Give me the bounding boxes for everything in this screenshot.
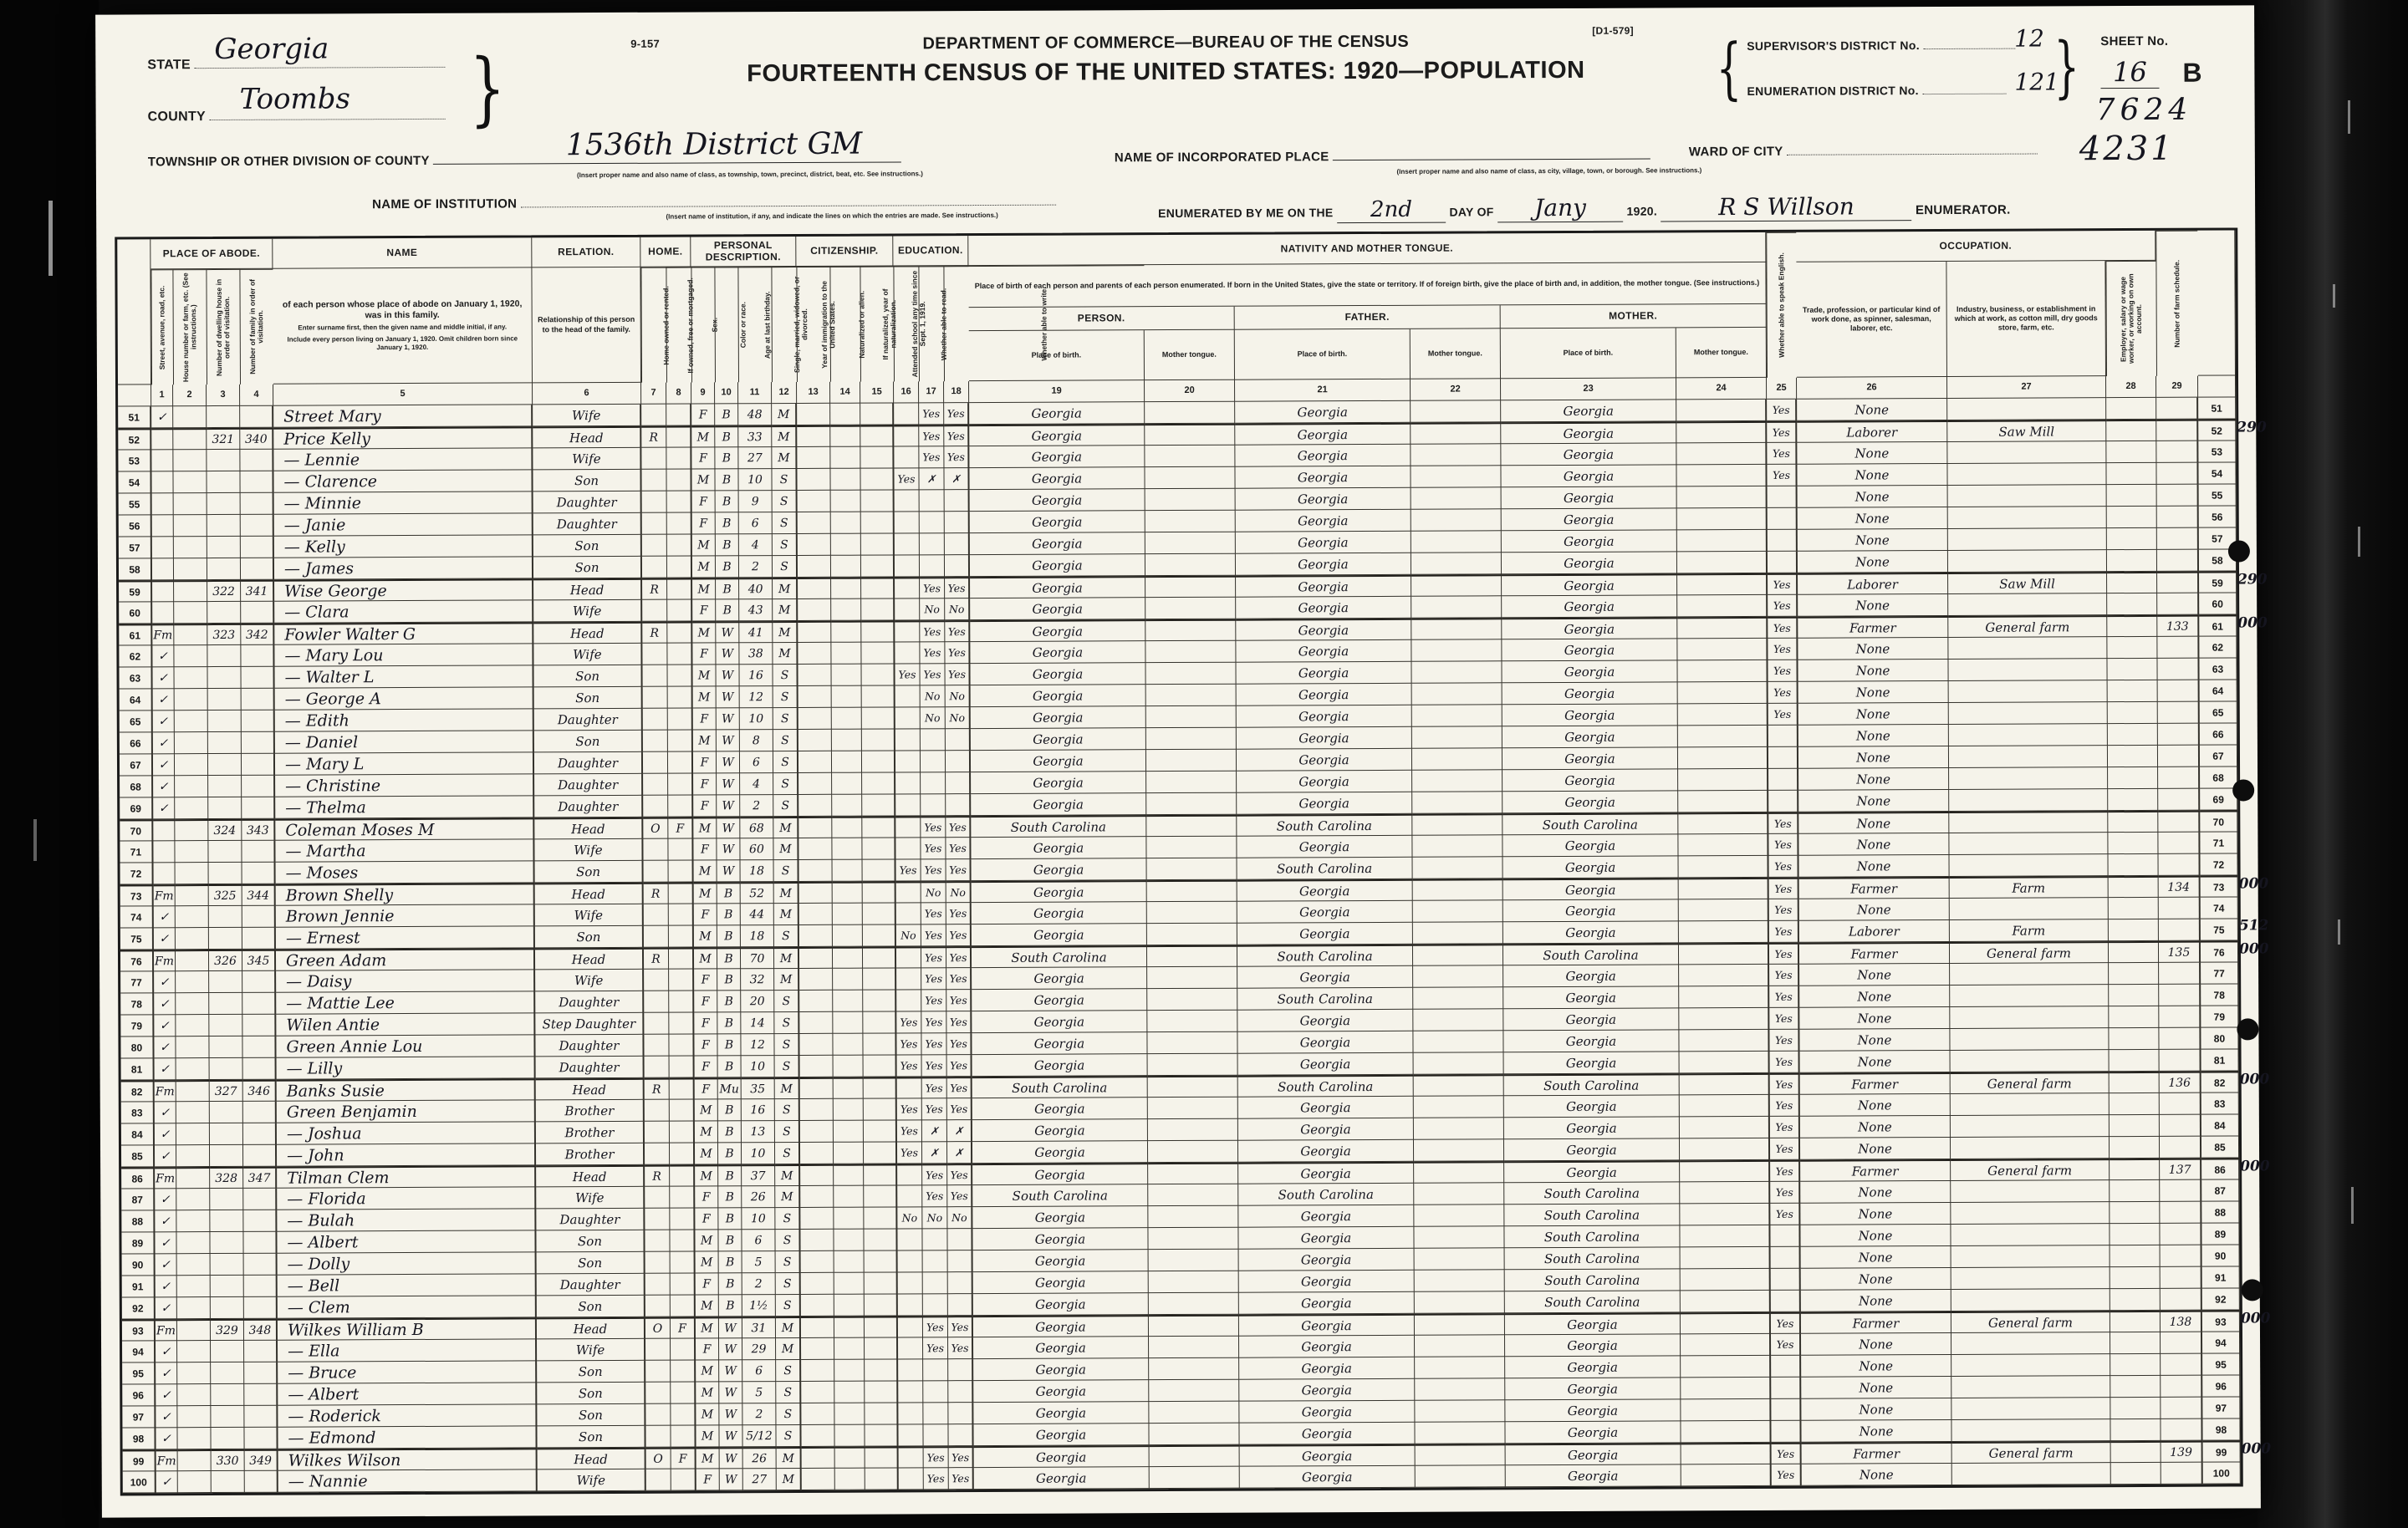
cell-name: — Clarence <box>273 470 533 492</box>
cell-mpob: Georgia <box>1502 530 1677 553</box>
cell-nat <box>833 860 863 882</box>
cell-nat <box>833 991 863 1012</box>
cell-age: 18 <box>741 860 774 882</box>
cell-emp <box>2110 1180 2160 1202</box>
cell-ftongue <box>1414 1052 1504 1074</box>
township-field: TOWNSHIP OR OTHER DIVISION OF COUNTY 153… <box>148 151 901 170</box>
cell-fam <box>241 558 274 580</box>
cell-write: No <box>946 685 971 707</box>
row-number: 79 <box>120 1015 154 1036</box>
cell-fpob: Georgia <box>1239 1401 1415 1424</box>
cell-write: Yes <box>947 1185 972 1207</box>
dept-line: DEPARTMENT OF COMMERCE—BUREAU OF THE CEN… <box>747 32 1584 54</box>
cell-sex: F <box>692 643 716 665</box>
cell-m: ✓ <box>156 1254 177 1276</box>
cell-mpob: Georgia <box>1503 899 1679 922</box>
cell-sch: Yes <box>896 1011 921 1033</box>
cell-age: 48 <box>738 404 772 425</box>
cell-race: W <box>717 838 740 860</box>
cell-ind <box>1950 1028 2109 1051</box>
cell-tongue <box>1146 772 1237 793</box>
cell-mpob: Georgia <box>1503 921 1679 944</box>
cell-ind <box>1951 1202 2110 1225</box>
column-number-17: 17 <box>919 381 944 403</box>
cell-m: ✓ <box>154 971 176 993</box>
column-number-7: 7 <box>641 383 666 405</box>
cell-ftongue <box>1416 1465 1506 1487</box>
cell-farm <box>2160 1180 2201 1202</box>
column-label-4: Number of family in order of visitation. <box>239 269 273 385</box>
cell-age: 2 <box>740 795 773 817</box>
cell-tongue <box>1145 402 1235 424</box>
cell-pob: Georgia <box>972 967 1147 990</box>
cell-race: B <box>719 1295 742 1317</box>
cell-emp <box>2110 1093 2160 1115</box>
cell-eng: Yes <box>1767 443 1797 465</box>
cell-mort <box>669 1013 694 1035</box>
cell-m <box>151 450 173 471</box>
cell-mtongue <box>1680 1204 1770 1225</box>
cell-mtongue <box>1680 1095 1770 1117</box>
row-number: 53 <box>2198 441 2236 462</box>
census-table: PLACE OF ABODE.NAMERELATION.HOME.PERSONA… <box>115 227 2243 1495</box>
page-title: FOURTEENTH CENSUS OF THE UNITED STATES: … <box>664 56 1667 88</box>
cell-rel: Daughter <box>536 1209 645 1231</box>
cell-farm <box>2158 789 2200 811</box>
cell-ftongue <box>1411 487 1502 509</box>
margin-annotation: 000 <box>2241 1310 2271 1327</box>
cell-mar: S <box>774 1034 799 1056</box>
film-scratch <box>2338 919 2340 945</box>
cell-name: Wise George <box>274 578 533 601</box>
cell-age: 31 <box>742 1317 776 1338</box>
cell-fam <box>242 797 275 819</box>
cell-emp <box>2108 746 2158 767</box>
cell-mort <box>670 1209 695 1230</box>
cell-age: 60 <box>740 838 773 860</box>
cell-read: Yes <box>924 1446 949 1468</box>
cell-write: Yes <box>946 946 972 968</box>
cell-mtongue <box>1680 1052 1770 1073</box>
cell-ind <box>1951 1115 2110 1138</box>
cell-mtongue <box>1677 530 1768 552</box>
column-label-1: Street, avenue, road, etc. <box>150 269 173 385</box>
cell-mpob: Georgia <box>1502 508 1677 531</box>
row-number: 72 <box>120 863 154 884</box>
cell-pob: Georgia <box>969 446 1145 468</box>
cell-nat <box>830 425 860 447</box>
cell-sex: F <box>692 512 716 534</box>
cell-home <box>645 1143 670 1165</box>
cell-dw: 329 <box>211 1319 244 1341</box>
cell-natyr <box>864 1229 897 1250</box>
film-scratch <box>2333 284 2335 308</box>
row-number: 81 <box>2201 1049 2239 1071</box>
cell-nat <box>834 1143 864 1164</box>
cell-m <box>153 819 175 841</box>
cell-occ: None <box>1797 464 1947 486</box>
cell-age: 16 <box>742 1099 775 1121</box>
cell-mort <box>668 774 693 796</box>
cell-hn <box>177 1341 211 1362</box>
cell-age: 35 <box>742 1077 775 1099</box>
cell-sex: M <box>692 621 716 643</box>
cell-ind <box>1947 441 2106 464</box>
cell-eng: Yes <box>1769 899 1799 921</box>
cell-ind: General farm <box>1952 1441 2111 1464</box>
row-number: 85 <box>121 1145 155 1167</box>
cell-sch <box>898 1316 923 1337</box>
cell-tongue <box>1149 1380 1239 1402</box>
cell-age: 8 <box>740 730 773 751</box>
cell-ftongue <box>1412 726 1502 748</box>
cell-sex: M <box>693 686 717 708</box>
cell-sch: Yes <box>897 1055 922 1077</box>
cell-eng: Yes <box>1769 943 1799 965</box>
cell-fpob: Georgia <box>1239 1357 1415 1380</box>
punch-hole <box>2242 1279 2263 1301</box>
cell-fpob: Georgia <box>1238 1205 1414 1228</box>
row-number: 87 <box>2201 1179 2239 1201</box>
cell-home <box>641 405 666 426</box>
cell-dw <box>208 776 242 797</box>
cell-mar: S <box>773 686 798 708</box>
cell-mpob: South Carolina <box>1503 943 1679 965</box>
margin-annotation: 000 <box>2237 614 2268 631</box>
cell-hn <box>176 1058 210 1080</box>
cell-tongue <box>1145 489 1236 511</box>
group-education: EDUCATION. <box>893 236 968 266</box>
cell-eng <box>1771 1247 1801 1269</box>
cell-race: B <box>716 491 739 512</box>
cell-dw: 327 <box>210 1080 243 1102</box>
cell-fam <box>243 1058 277 1080</box>
cell-m <box>152 558 174 580</box>
row-number: 76000 <box>2201 940 2238 962</box>
column-label-26: Trade, profession, or particular kind of… <box>1796 262 1947 378</box>
cell-occ: None <box>1797 399 1947 421</box>
cell-m <box>152 537 174 558</box>
cell-dw <box>207 450 240 471</box>
cell-age: 37 <box>742 1164 775 1186</box>
cell-fpob: Georgia <box>1240 1444 1416 1467</box>
cell-rel: Wife <box>535 904 644 927</box>
cell-occ: None <box>1798 681 1949 704</box>
cell-nat <box>834 1208 864 1230</box>
cell-home: R <box>645 1078 670 1100</box>
row-number: 81 <box>121 1058 155 1080</box>
cell-pob: Georgia <box>974 1445 1150 1468</box>
cell-natyr <box>860 468 894 490</box>
cell-fpob: Georgia <box>1235 401 1411 424</box>
cell-fam <box>244 1297 278 1319</box>
cell-pob: Georgia <box>970 489 1145 512</box>
cell-tongue <box>1145 598 1236 619</box>
row-number: 99000 <box>2203 1440 2241 1462</box>
cell-fam: 346 <box>243 1080 277 1102</box>
cell-mort <box>671 1296 696 1317</box>
column-number-24: 24 <box>1676 378 1767 400</box>
cell-name: Street Mary <box>273 405 533 427</box>
enumerated-month: Jany <box>1497 194 1623 223</box>
cell-hn <box>175 797 208 819</box>
cell-rel: Son <box>534 687 643 710</box>
cell-natyr <box>865 1294 898 1316</box>
cell-sex: F <box>696 1338 719 1360</box>
cell-hn <box>174 624 207 645</box>
cell-nat <box>834 1382 865 1403</box>
cell-imm <box>797 404 830 425</box>
cell-home <box>642 513 667 535</box>
cell-age: 6 <box>742 1230 775 1251</box>
cell-hn <box>176 1232 210 1254</box>
cell-tongue <box>1150 1467 1240 1489</box>
row-number: 66 <box>2200 723 2237 745</box>
cell-ftongue <box>1412 705 1502 726</box>
cell-ind <box>1949 811 2108 833</box>
cell-imm <box>801 1251 834 1273</box>
cell-age: 20 <box>741 991 774 1012</box>
cell-dw <box>209 971 242 993</box>
cell-tongue <box>1149 1271 1239 1293</box>
cell-occ: None <box>1801 1246 1951 1269</box>
row-number: 91 <box>2202 1266 2240 1288</box>
cell-dw <box>208 711 242 732</box>
cell-pob: Georgia <box>971 728 1146 751</box>
table-cell <box>2198 375 2236 397</box>
cell-farm <box>2158 680 2200 702</box>
cell-read: Yes <box>921 838 946 859</box>
cell-natyr <box>865 1272 898 1294</box>
cell-write: Yes <box>946 859 972 881</box>
cell-occ: None <box>1799 899 1950 921</box>
cell-mpob: Georgia <box>1502 617 1677 639</box>
column-label-3: Number of dwelling house in order of vis… <box>206 269 240 385</box>
cell-ind <box>1947 463 2106 486</box>
cell-home <box>644 904 669 926</box>
cell-imm <box>798 621 831 643</box>
cell-sch <box>895 512 920 533</box>
cell-eng: Yes <box>1768 573 1798 595</box>
cell-sch: Yes <box>896 859 921 881</box>
cell-pob: Georgia <box>970 619 1145 642</box>
cell-mar: S <box>775 1099 800 1121</box>
cell-hn <box>176 971 209 993</box>
cell-write <box>945 512 970 533</box>
row-number: 93000 <box>2202 1310 2240 1332</box>
cell-ftongue <box>1412 770 1502 792</box>
cell-emp <box>2110 1202 2160 1224</box>
cell-sex: M <box>694 882 717 904</box>
cell-pob: Georgia <box>972 1206 1148 1229</box>
cell-natyr <box>865 1250 898 1272</box>
cell-race: B <box>718 1099 742 1121</box>
county-value: Toombs <box>239 82 350 116</box>
cell-hn <box>177 1362 211 1384</box>
cell-ind <box>1948 550 2107 573</box>
cell-rel: Son <box>534 731 643 753</box>
cell-mpob: Georgia <box>1504 1052 1680 1074</box>
column-number-27: 27 <box>1947 376 2106 399</box>
cell-mpob: Georgia <box>1505 1399 1681 1422</box>
cell-home: R <box>642 578 667 600</box>
cell-mpob: Georgia <box>1504 1160 1680 1183</box>
cell-fam: 342 <box>241 624 274 645</box>
cell-occ: None <box>1800 1094 1951 1117</box>
cell-fpob: Georgia <box>1237 901 1413 924</box>
cell-name: — Martha <box>275 839 534 862</box>
cell-sex: F <box>692 491 716 512</box>
cell-sch <box>895 555 920 577</box>
row-number: 59 <box>119 580 152 602</box>
cell-sex: F <box>691 404 715 425</box>
cell-natyr <box>862 729 895 751</box>
cell-age: 2 <box>742 1273 776 1295</box>
cell-imm <box>798 773 832 795</box>
column-number-2: 2 <box>173 385 207 406</box>
cell-sex: M <box>695 1099 718 1121</box>
cell-fpob: Georgia <box>1237 836 1412 858</box>
cell-sex: M <box>696 1295 719 1317</box>
cell-read: Yes <box>924 1468 949 1490</box>
cell-fpob: Georgia <box>1235 423 1411 446</box>
row-number: 93 <box>122 1319 156 1341</box>
column-number-14: 14 <box>830 382 860 404</box>
cell-fam <box>244 1384 278 1406</box>
cell-rel: Son <box>537 1296 645 1318</box>
cell-m: ✓ <box>156 1471 178 1493</box>
cell-mar: M <box>773 817 798 838</box>
cell-mort <box>668 752 693 774</box>
cell-age: 68 <box>740 817 773 838</box>
row-number: 97 <box>122 1406 156 1428</box>
enumerator-label: ENUMERATOR. <box>1916 203 2011 217</box>
cell-mpob: Georgia <box>1503 1030 1679 1052</box>
cell-pob: Georgia <box>973 1358 1149 1381</box>
cell-pob: Georgia <box>970 598 1145 620</box>
cell-fam <box>240 450 273 471</box>
cell-farm <box>2157 572 2199 593</box>
cell-race: W <box>719 1338 742 1360</box>
cell-tongue <box>1148 1076 1238 1098</box>
cell-ind <box>1949 854 2108 877</box>
cell-farm <box>2159 1028 2201 1050</box>
cell-read: ✗ <box>922 1142 947 1164</box>
row-number: 73000 <box>2201 875 2238 897</box>
cell-mtongue <box>1680 1138 1770 1160</box>
cell-tongue <box>1146 685 1237 706</box>
cell-imm <box>801 1273 834 1295</box>
row-number: 82000 <box>2201 1071 2239 1093</box>
cell-mtongue <box>1677 552 1768 573</box>
column-label-27: Industry, business, or establishment in … <box>1946 261 2106 377</box>
cell-pob: Georgia <box>972 924 1147 946</box>
cell-race: B <box>715 447 738 469</box>
cell-mtongue <box>1677 573 1768 595</box>
cell-mar: S <box>776 1382 801 1403</box>
cell-eng: Yes <box>1772 1443 1802 1464</box>
cell-emp <box>2107 659 2157 680</box>
cell-eng: Yes <box>1768 639 1798 660</box>
cell-age: 4 <box>740 773 773 795</box>
cell-age: 1½ <box>742 1295 776 1317</box>
relation-description: Relationship of this person to the head … <box>532 267 641 384</box>
cell-eng: Yes <box>1770 1117 1800 1138</box>
cell-fpob: South Carolina <box>1238 1075 1414 1098</box>
cell-mort <box>667 535 692 557</box>
cell-dw: 330 <box>212 1449 245 1471</box>
cell-rel: Brother <box>536 1100 645 1123</box>
cell-tongue <box>1147 967 1237 989</box>
cell-pob: Georgia <box>970 576 1145 598</box>
cell-rel: Son <box>533 535 642 558</box>
cell-name: — Moses <box>276 861 535 884</box>
cell-dw <box>208 689 242 711</box>
cell-ind <box>1951 1267 2110 1290</box>
cell-eng: Yes <box>1768 704 1798 726</box>
cell-natyr <box>864 1098 897 1120</box>
cell-mpob: Georgia <box>1502 595 1677 618</box>
cell-fam: 344 <box>242 884 276 906</box>
cell-tongue <box>1148 1119 1238 1141</box>
cell-read: No <box>921 881 946 903</box>
cell-m <box>152 602 174 624</box>
cell-occ: None <box>1799 986 1950 1008</box>
state-value: Georgia <box>214 32 329 66</box>
cell-nat <box>831 556 861 578</box>
cell-imm <box>798 512 831 534</box>
cell-farm <box>2160 1224 2201 1245</box>
cell-nat <box>834 1360 865 1382</box>
cell-occ: None <box>1800 1203 1951 1225</box>
cell-natyr <box>865 1424 898 1446</box>
cell-ind <box>1949 789 2108 812</box>
cell-imm <box>801 1360 834 1382</box>
cell-mpob: Georgia <box>1506 1464 1681 1487</box>
cell-ind <box>1950 1006 2109 1029</box>
cell-sex: M <box>696 1447 720 1469</box>
cell-ftongue <box>1411 553 1502 574</box>
cell-occ: Farmer <box>1800 1159 1951 1182</box>
column-number-10: 10 <box>715 382 738 404</box>
cell-nat <box>833 925 863 947</box>
cell-name: Fowler Walter G <box>274 622 533 644</box>
cell-sch <box>898 1381 923 1403</box>
cell-ind: General farm <box>1951 1159 2110 1181</box>
cell-dw <box>209 928 242 950</box>
cell-farm <box>2158 702 2200 724</box>
cell-tongue <box>1149 1358 1239 1380</box>
cell-sch <box>895 685 921 707</box>
cell-mtongue <box>1679 1008 1769 1030</box>
cell-eng <box>1770 1225 1800 1247</box>
cell-sex: F <box>694 991 717 1012</box>
cell-m <box>154 863 176 884</box>
cell-read <box>923 1294 948 1316</box>
cell-m: ✓ <box>156 1362 177 1384</box>
cell-sex: M <box>695 1164 718 1186</box>
cell-ind <box>1951 1354 2110 1377</box>
cell-mpob: South Carolina <box>1504 1204 1680 1226</box>
cell-race: W <box>716 665 739 686</box>
cell-tongue <box>1148 1054 1238 1076</box>
cell-imm <box>799 947 833 969</box>
cell-write <box>948 1272 973 1294</box>
film-scratch <box>2348 100 2350 134</box>
cell-race: B <box>715 425 738 447</box>
enumerated-label: ENUMERATED BY ME ON THE <box>1158 206 1333 220</box>
cell-imm <box>798 686 832 708</box>
